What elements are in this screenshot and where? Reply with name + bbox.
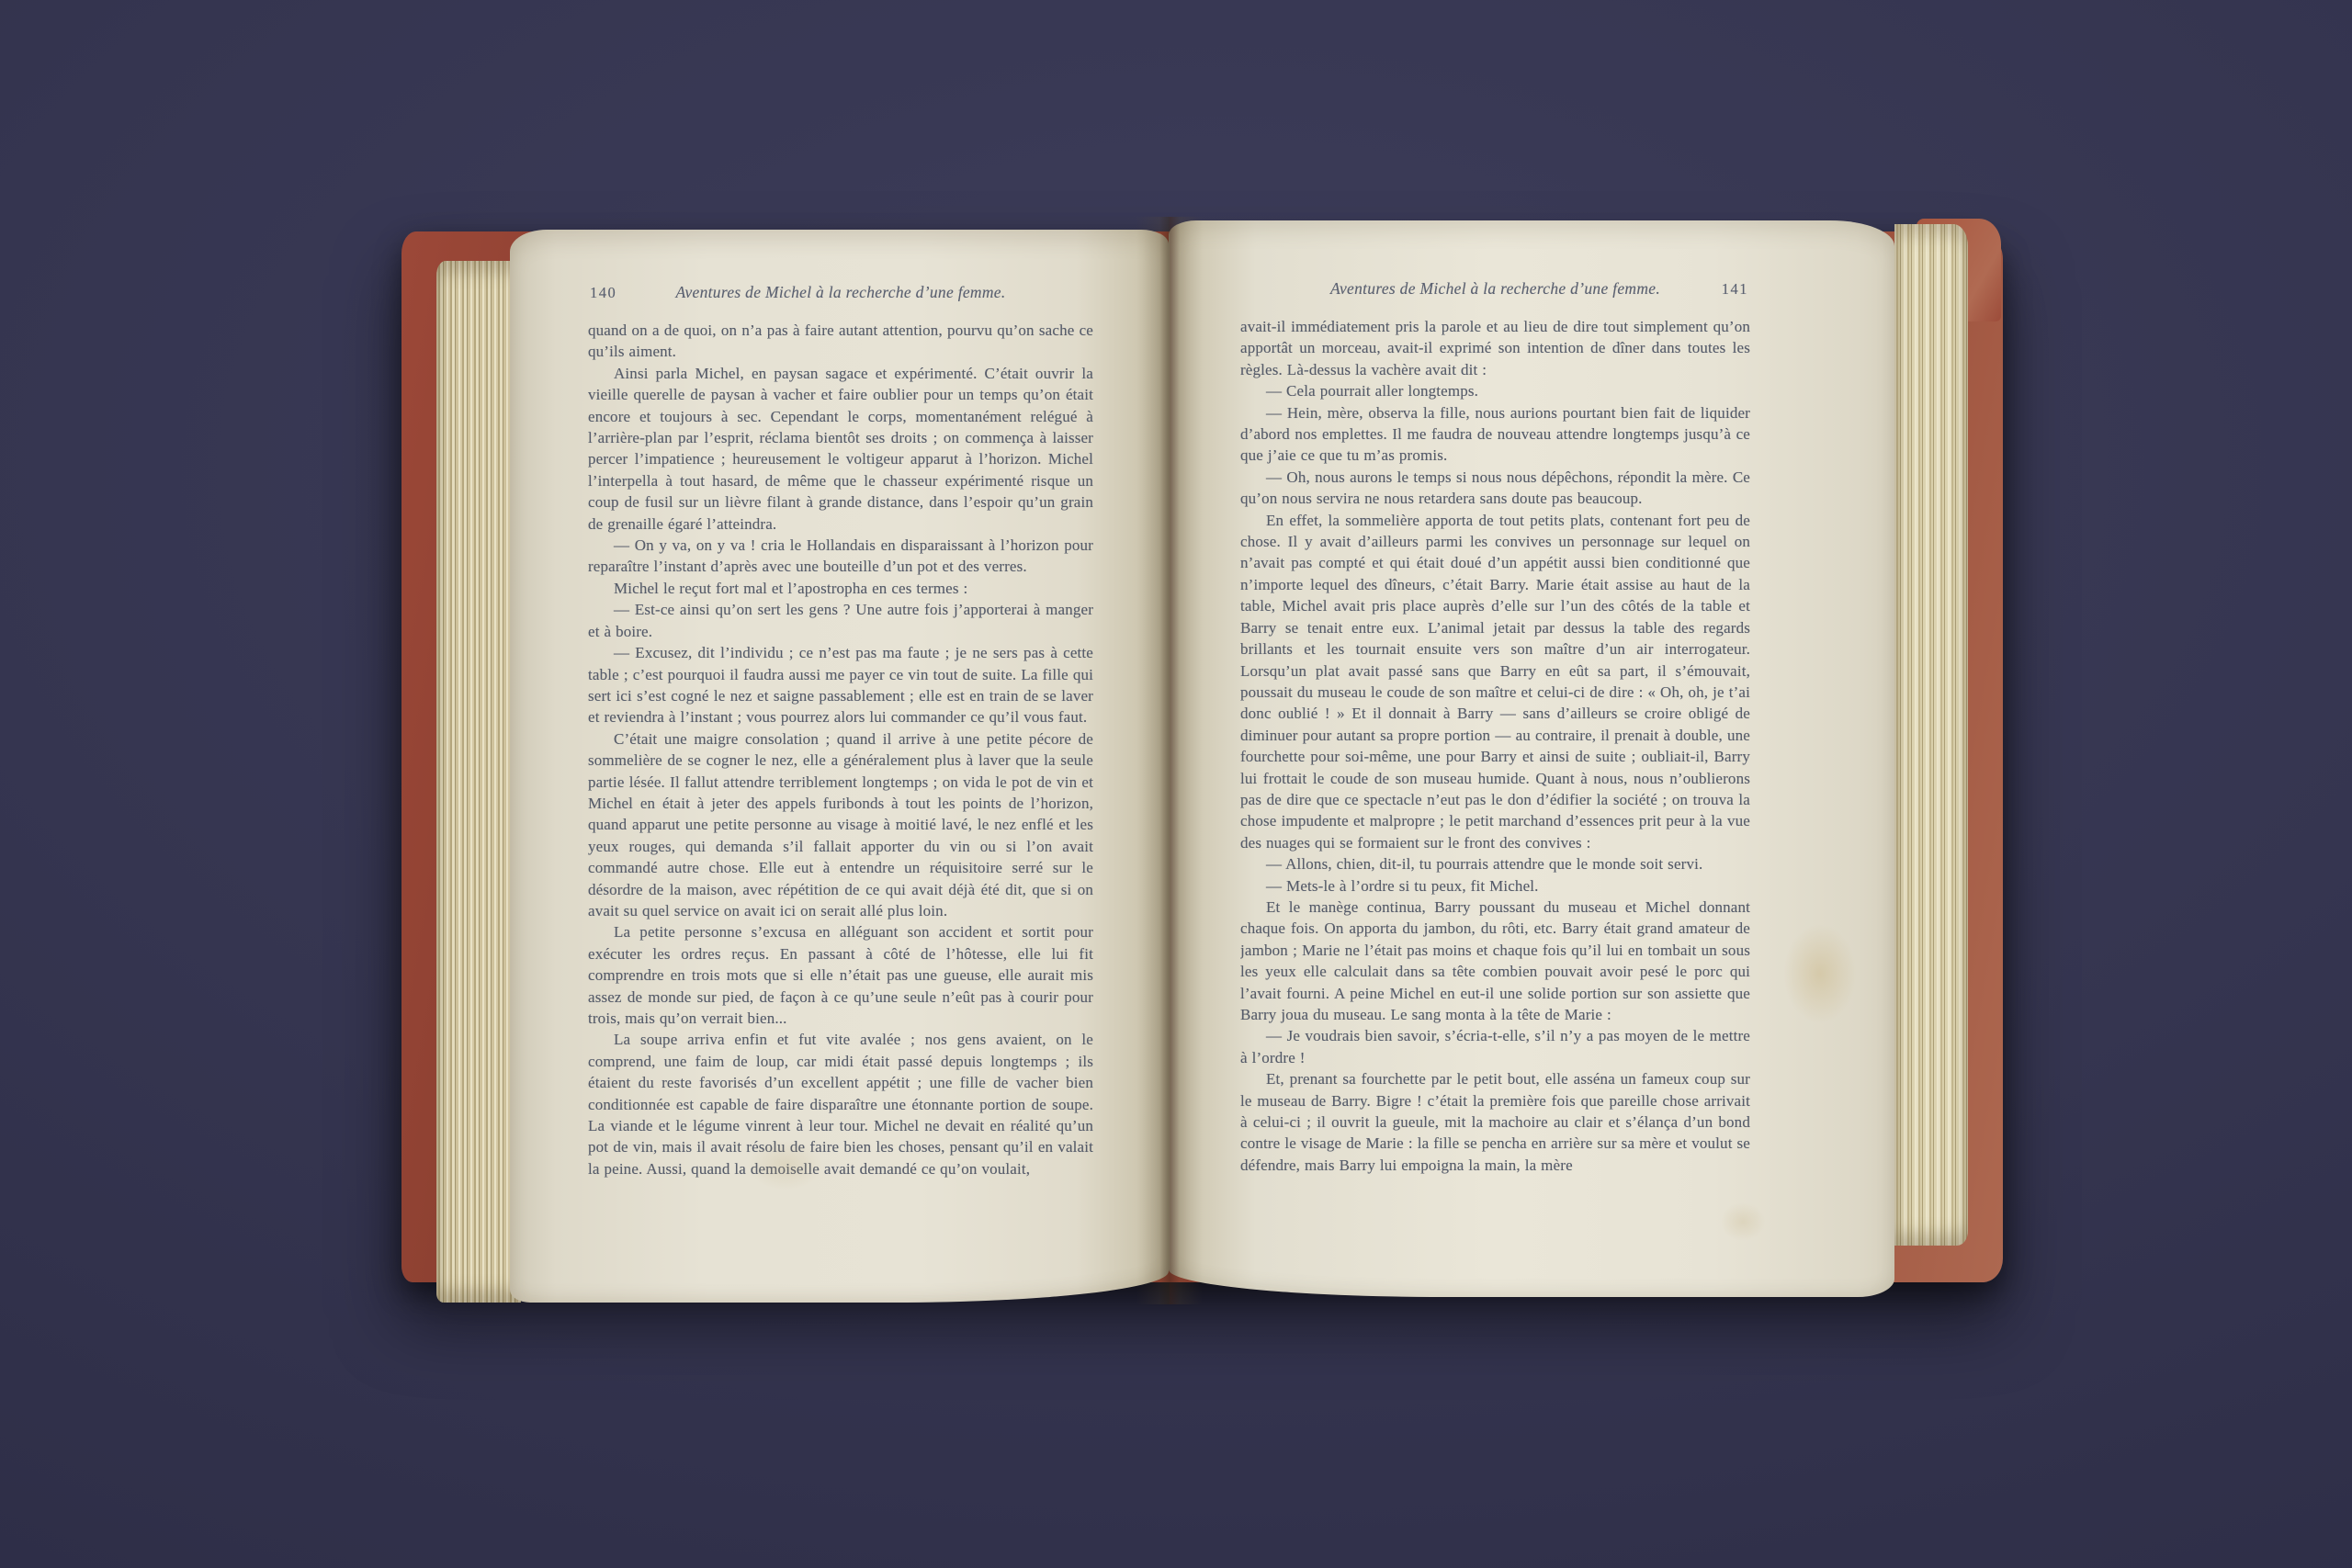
page-right: Aventures de Michel à la recherche d’une… bbox=[1169, 220, 1894, 1297]
paragraph: Et, prenant sa fourchette par le petit b… bbox=[1240, 1068, 1750, 1176]
page-right-content: Aventures de Michel à la recherche d’une… bbox=[1240, 279, 1750, 1238]
open-book: 140 Aventures de Michel à la recherche d… bbox=[401, 209, 2003, 1316]
paragraph: — Excusez, dit l’individu ; ce n’est pas… bbox=[588, 642, 1093, 728]
page-number: 141 bbox=[1722, 280, 1748, 299]
running-title: Aventures de Michel à la recherche d’une… bbox=[1330, 279, 1660, 298]
page-number: 140 bbox=[590, 284, 616, 302]
page-left: 140 Aventures de Michel à la recherche d… bbox=[510, 230, 1169, 1303]
running-title: Aventures de Michel à la recherche d’une… bbox=[675, 283, 1005, 301]
paragraph: C’était une maigre consolation ; quand i… bbox=[588, 728, 1093, 922]
paragraph: — On y va, on y va ! cria le Hollandais … bbox=[588, 535, 1093, 578]
photo-background: 140 Aventures de Michel à la recherche d… bbox=[0, 0, 2352, 1568]
page-edges-right bbox=[1894, 224, 1968, 1246]
page-right-header: Aventures de Michel à la recherche d’une… bbox=[1240, 279, 1750, 303]
paragraph: La soupe arriva enfin et fut vite avalée… bbox=[588, 1029, 1093, 1179]
paragraph: — Cela pourrait aller longtemps. bbox=[1240, 380, 1750, 401]
page-left-header: 140 Aventures de Michel à la recherche d… bbox=[588, 283, 1093, 307]
paragraph: — Mets-le à l’ordre si tu peux, fit Mich… bbox=[1240, 875, 1750, 897]
page-left-text: quand on a de quoi, on n’a pas à faire a… bbox=[588, 320, 1093, 1242]
paragraph: avait-il immédiatement pris la parole et… bbox=[1240, 316, 1750, 380]
paragraph: En effet, la sommelière apporta de tout … bbox=[1240, 510, 1750, 854]
paragraph: — Oh, nous aurons le temps si nous nous … bbox=[1240, 467, 1750, 510]
paragraph: Michel le reçut fort mal et l’apostropha… bbox=[588, 578, 1093, 599]
paragraph: quand on a de quoi, on n’a pas à faire a… bbox=[588, 320, 1093, 363]
paragraph: — Allons, chien, dit-il, tu pourrais att… bbox=[1240, 853, 1750, 874]
page-right-text: avait-il immédiatement pris la parole et… bbox=[1240, 316, 1750, 1238]
page-edges-left bbox=[436, 261, 521, 1303]
page-left-content: 140 Aventures de Michel à la recherche d… bbox=[588, 283, 1093, 1242]
paragraph: — Je voudrais bien savoir, s’écria-t-ell… bbox=[1240, 1025, 1750, 1068]
paragraph: La petite personne s’excusa en alléguant… bbox=[588, 921, 1093, 1029]
paragraph: Ainsi parla Michel, en paysan sagace et … bbox=[588, 363, 1093, 535]
paragraph: — Hein, mère, observa la fille, nous aur… bbox=[1240, 402, 1750, 467]
paragraph: — Est-ce ainsi qu’on sert les gens ? Une… bbox=[588, 599, 1093, 642]
paragraph: Et le manège continua, Barry poussant du… bbox=[1240, 897, 1750, 1025]
